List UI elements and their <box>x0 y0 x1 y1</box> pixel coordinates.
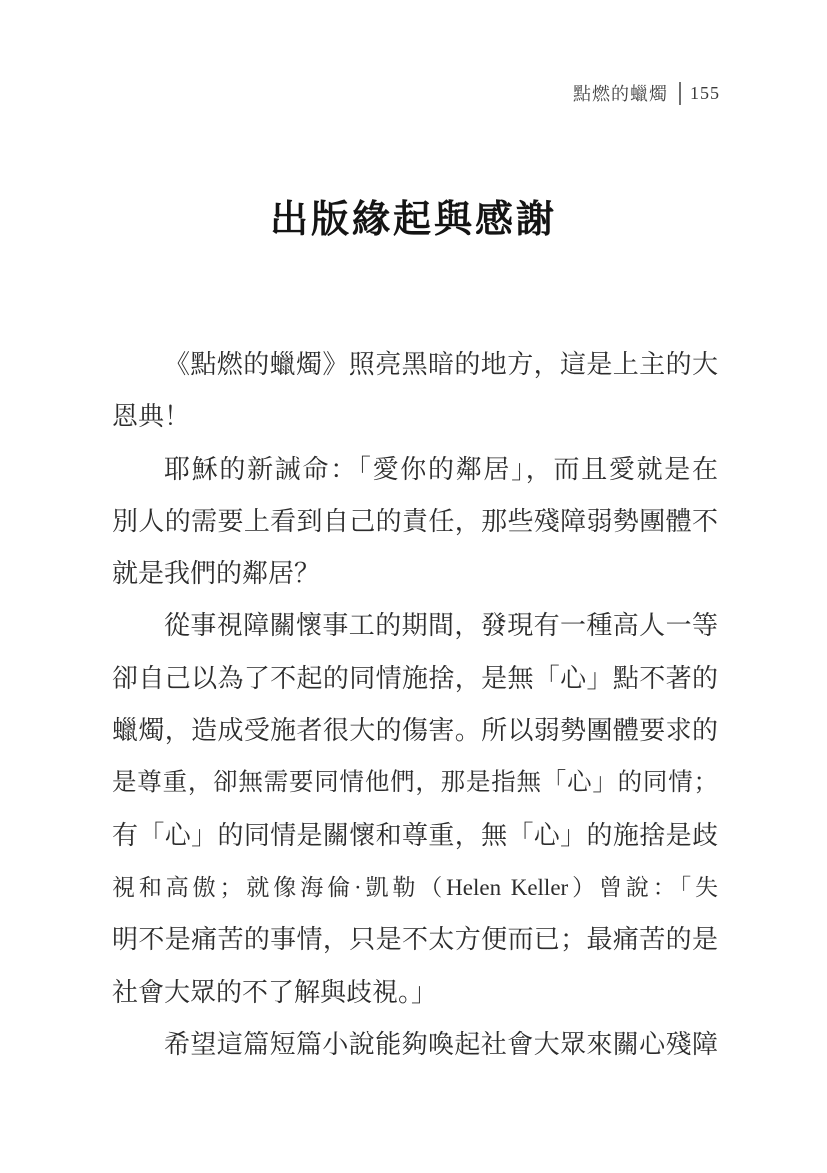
body-line: 從事視障關懷事工的期間，發現有一種高人一等 <box>112 600 718 652</box>
chapter-title: 出版緣起與感謝 <box>0 188 827 243</box>
book-page: 點燃的蠟燭 155 出版緣起與感謝 《點燃的蠟燭》照亮黑暗的地方，這是上主的大 … <box>0 0 827 1173</box>
body-line: 卻自己以為了不起的同情施捨，是無「心」點不著的 <box>112 653 718 705</box>
body-line: 就是我們的鄰居？ <box>112 548 718 600</box>
running-header: 點燃的蠟燭 155 <box>573 80 720 106</box>
body-line: 《點燃的蠟燭》照亮黑暗的地方，這是上主的大 <box>112 339 718 391</box>
header-book-title: 點燃的蠟燭 <box>573 80 668 106</box>
body-line: 社會大眾的不了解與歧視。」 <box>112 967 718 1019</box>
body-line: 恩典！ <box>112 391 718 443</box>
header-page-number: 155 <box>690 83 720 104</box>
header-divider <box>679 82 681 105</box>
body-line: 希望這篇短篇小說能夠喚起社會大眾來關心殘障 <box>112 1019 718 1071</box>
body-line: 是尊重，卻無需要同情他們，那是指無「心」的同情； <box>112 757 718 809</box>
body-line: 有「心」的同情是關懷和尊重，無「心」的施捨是歧 <box>112 810 718 862</box>
body-line: 明不是痛苦的事情，只是不太方便而已；最痛苦的是 <box>112 914 718 966</box>
body-line: 耶穌的新誡命：「愛你的鄰居」，而且愛就是在 <box>112 444 718 496</box>
body-line: 別人的需要上看到自己的責任，那些殘障弱勢團體不 <box>112 496 718 548</box>
body-text: 《點燃的蠟燭》照亮黑暗的地方，這是上主的大 恩典！ 耶穌的新誡命：「愛你的鄰居」… <box>112 339 718 1071</box>
body-line: 視和高傲；就像海倫·凱勒（Helen Keller）曾說：「失 <box>112 862 718 914</box>
body-line: 蠟燭，造成受施者很大的傷害。所以弱勢團體要求的 <box>112 705 718 757</box>
